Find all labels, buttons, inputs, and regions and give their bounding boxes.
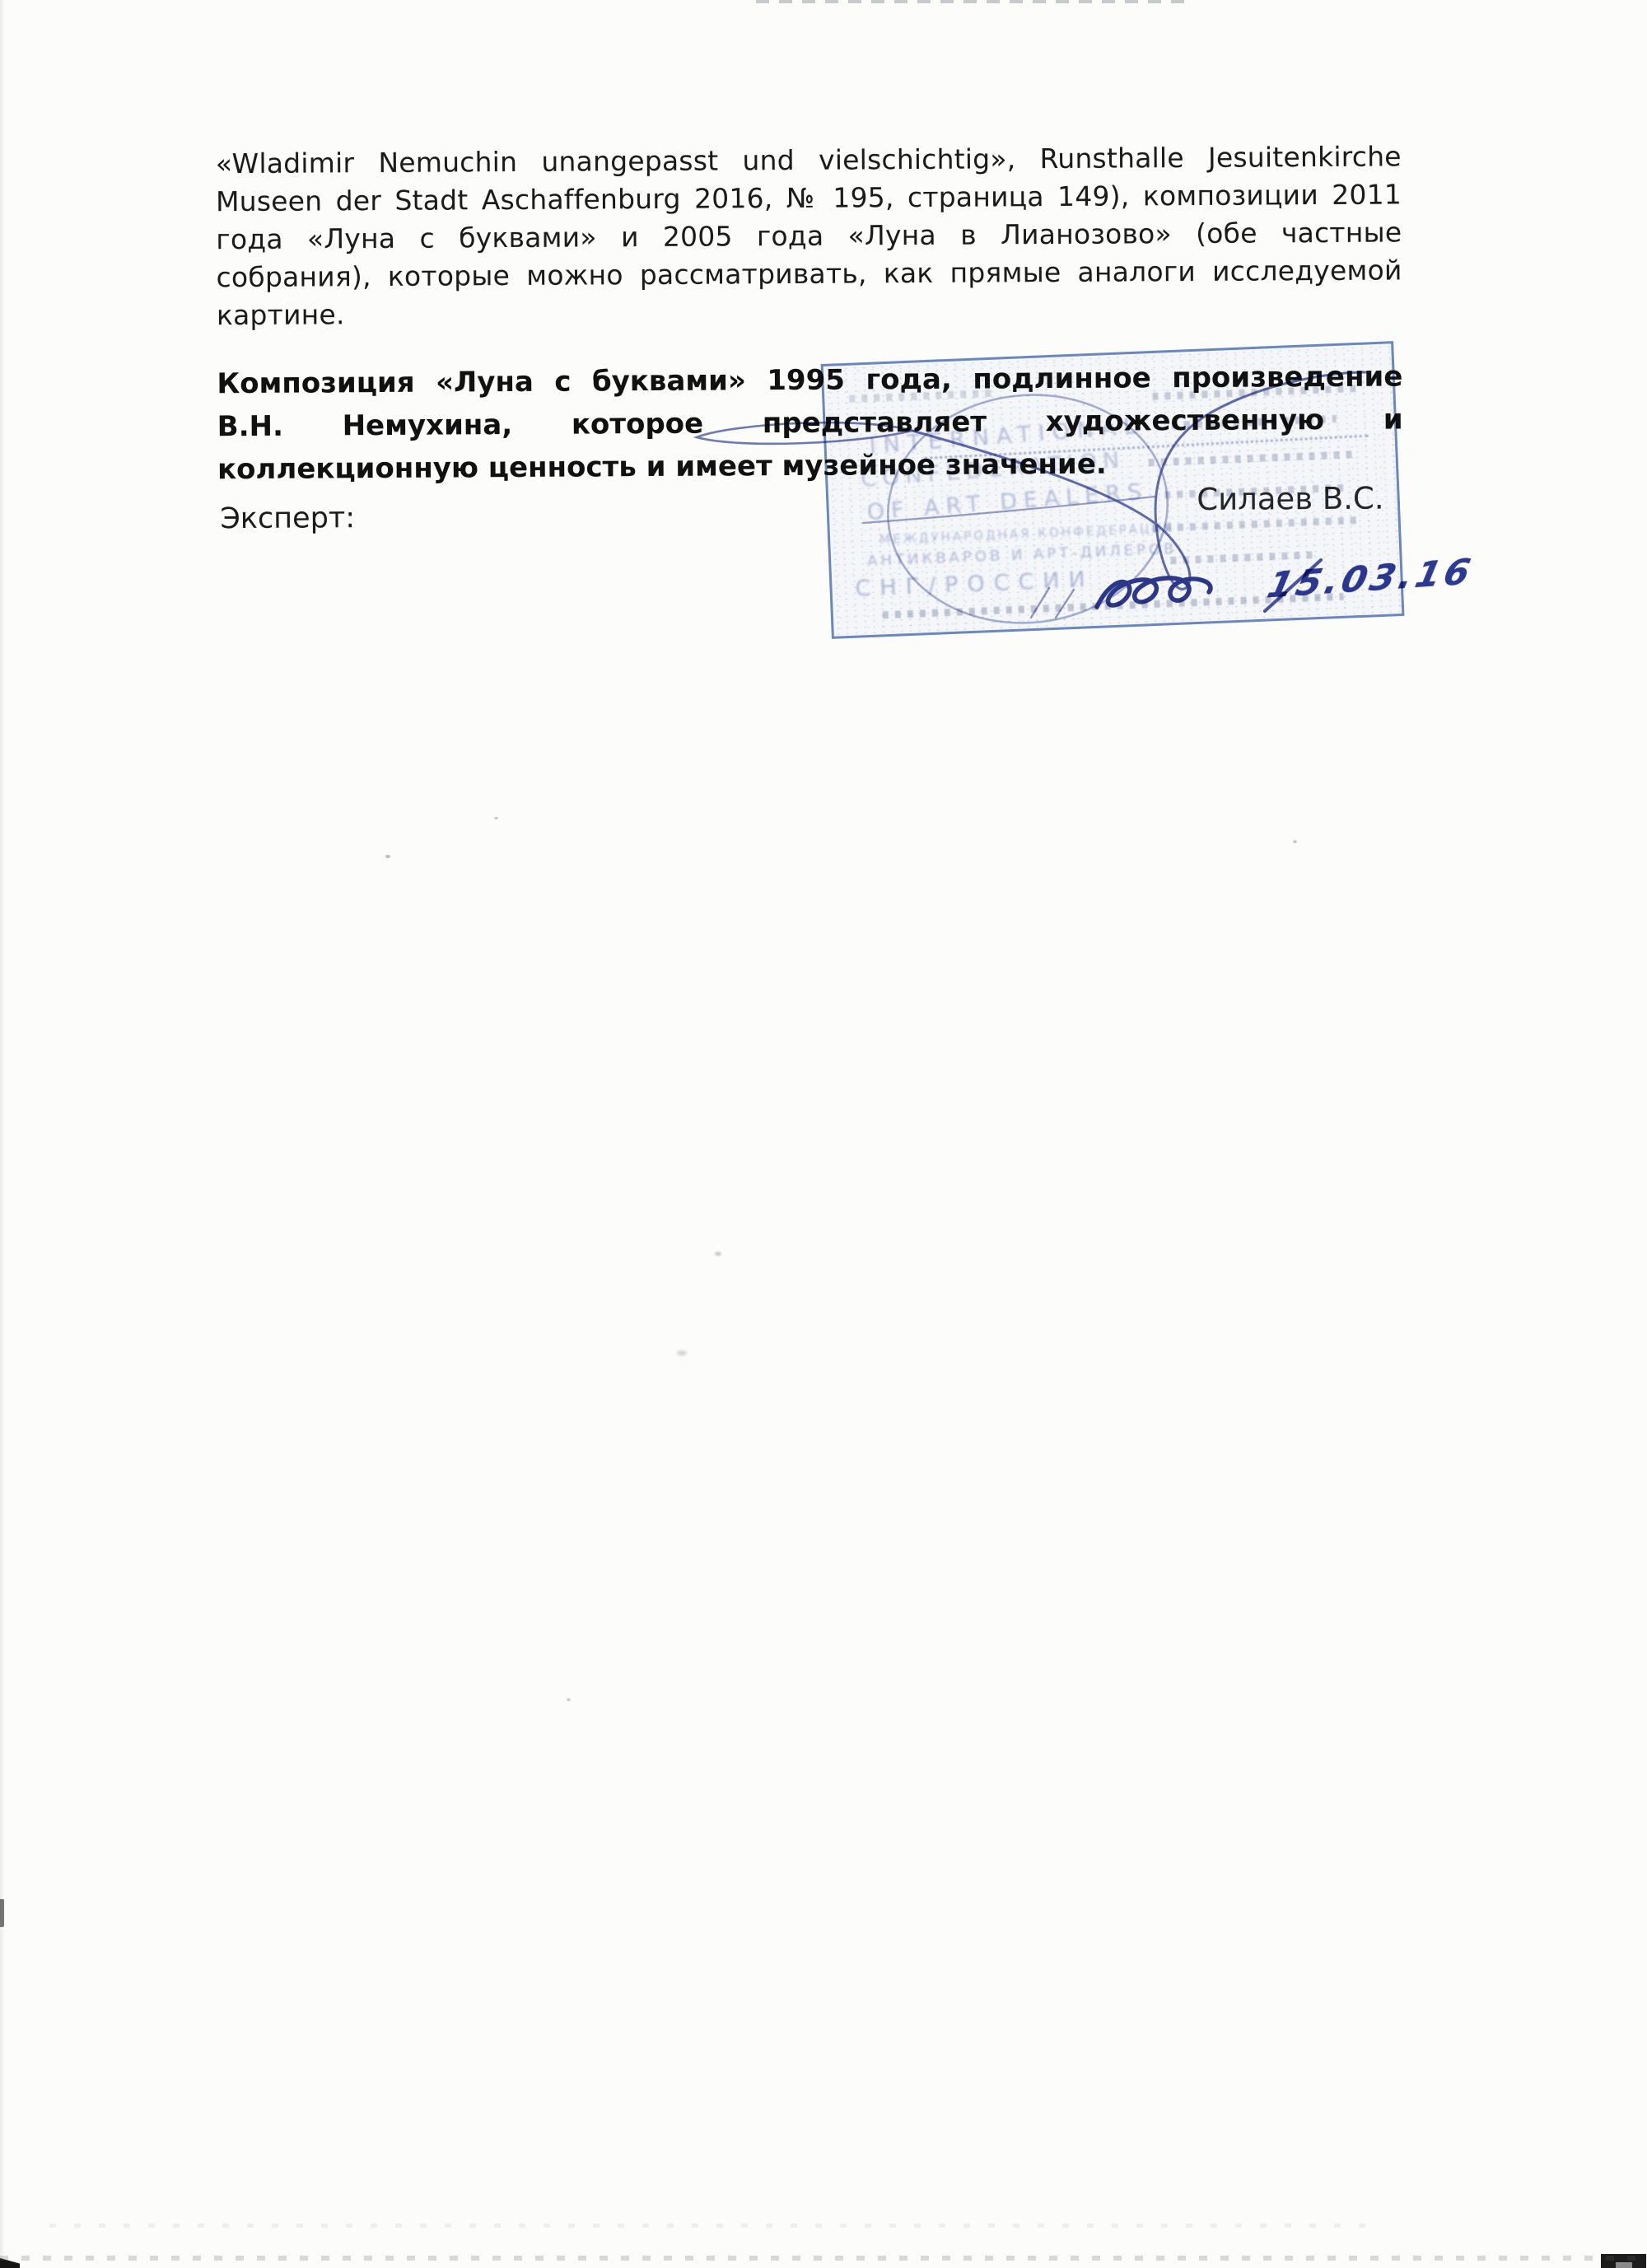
signature-scrawl [1097,578,1211,607]
signature-tail-stroke [863,497,1155,523]
signature-tick-strokes [1031,588,1074,618]
signature-main-stroke [912,372,1365,589]
signature-flat-loop [697,422,912,444]
ink-overlay [0,0,1647,2268]
scanned-document-page: «Wladimir Nemuchin unangepasst und viels… [0,0,1647,2268]
